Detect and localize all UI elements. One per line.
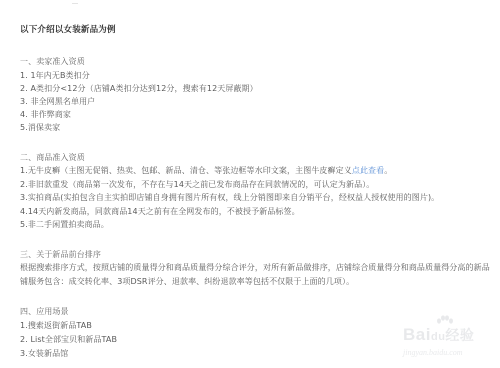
list-item: 5.消保卖家 [20, 123, 60, 133]
watermark-logo: Baidu经验 [403, 325, 474, 345]
document-page: 以下介绍以女装新品为例 一、卖家准入资质 1. 1年内无B类扣分 2. A类扣分… [0, 0, 500, 368]
view-definition-link[interactable]: 点此查看 [352, 166, 384, 175]
baidu-jingyan-watermark: Baidu经验 jingyan.baidu.com [385, 315, 495, 365]
list-item: 5.非二手闲置拍卖商品。 [20, 220, 109, 230]
list-item: 1.无牛皮癣（主图无促销、热卖、包邮、新品、清仓、等张边框等水印文案，主图牛皮癣… [20, 166, 392, 176]
list-item: 4.14天内新发商品，同款商品14天之前有在全网发布的，不被授予新品标签。 [20, 207, 300, 217]
paragraph-line: 根据搜索排序方式，按照店铺的质量得分和商品质量得分综合评分，对所有新品做排序，店… [20, 263, 490, 273]
list-item: 1.搜索返街新品TAB [20, 321, 92, 331]
list-item: 3.实拍商品(实拍包含自主实拍即店铺自身拥有图片所有权，线上分销图即来自分销平台… [20, 193, 439, 203]
list-item-suffix: 。 [384, 166, 392, 175]
top-divider [72, 3, 78, 4]
list-item: 3.女装新品馆 [20, 349, 68, 359]
section-heading-seller-qualification: 一、卖家准入资质 [20, 57, 85, 67]
section-heading-scenarios: 四、应用场景 [20, 307, 69, 317]
list-item: 2. List全部宝贝和新品TAB [20, 335, 117, 345]
section-heading-product-qualification: 二、商品准入资质 [20, 153, 85, 163]
page-title: 以下介绍以女装新品为例 [20, 23, 116, 35]
section-heading-ranking: 三、关于新品前台排序 [20, 250, 101, 260]
list-item: 1. 1年内无B类扣分 [20, 71, 90, 81]
list-item: 3. 非全网黑名单用户 [20, 97, 95, 107]
watermark-url: jingyan.baidu.com [403, 348, 463, 357]
list-item: 2. A类扣分<12分（店铺A类扣分达到12分，搜索有12天屏蔽期） [20, 84, 258, 94]
list-item: 2.非旧款重发（商品第一次发布，不存在与14天之前已发布商品存在同款情况的，可认… [20, 180, 374, 190]
list-item: 4. 非作弊商家 [20, 110, 71, 120]
paragraph-line: 铺服务包含：成交转化率、3项DSR评分、退款率、纠纷退款率等包括不仅限于上面的几… [20, 277, 354, 287]
list-item-text: 1.无牛皮癣（主图无促销、热卖、包邮、新品、清仓、等张边框等水印文案，主图牛皮癣… [20, 166, 352, 175]
